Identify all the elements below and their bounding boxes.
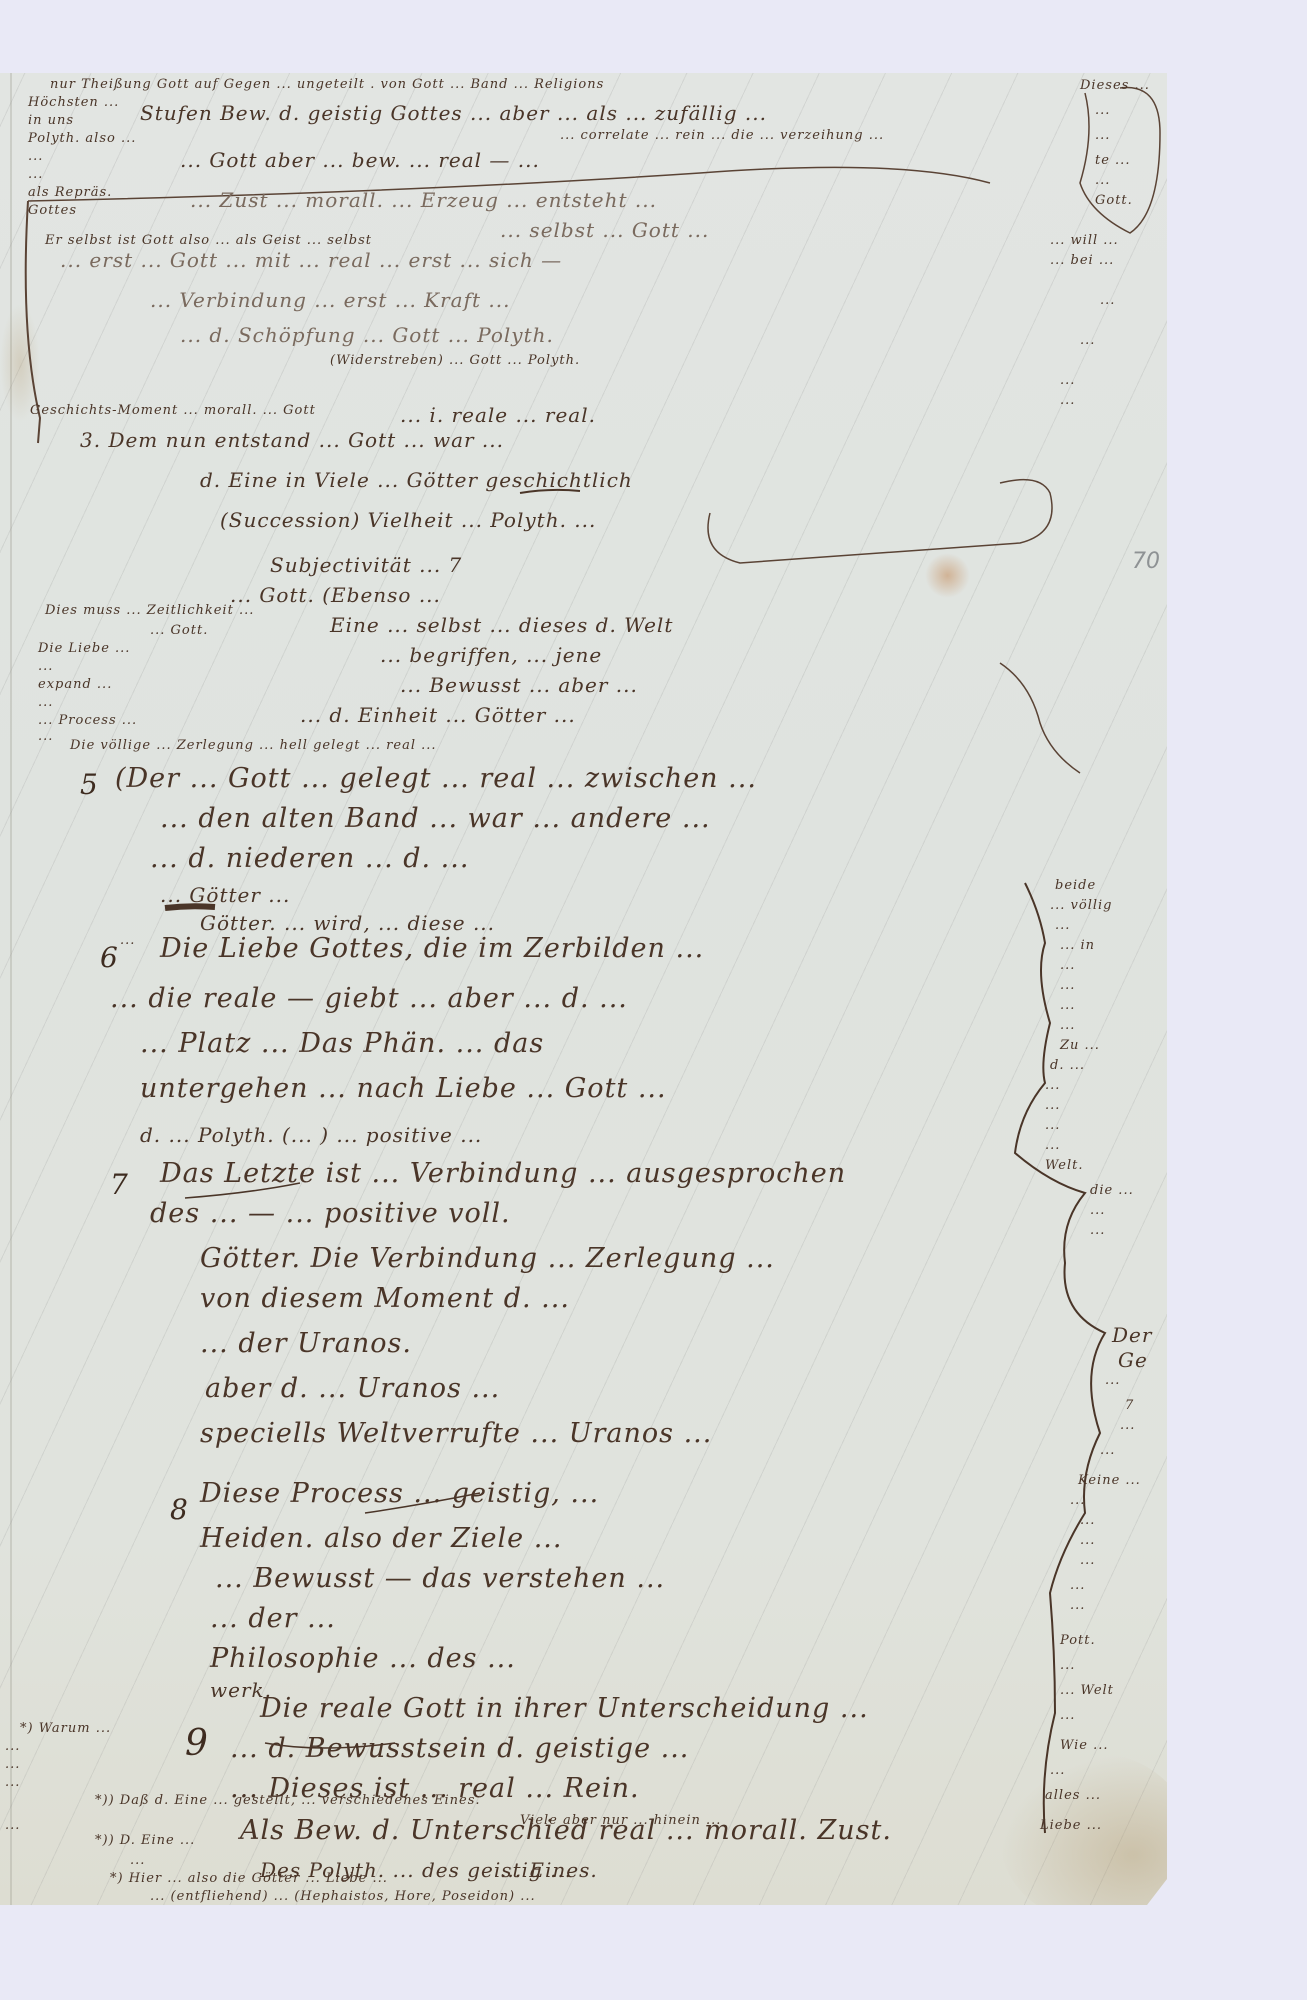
section-number: 9 xyxy=(185,1723,208,1764)
text-line: Götter. ... wird, ... diese ... xyxy=(200,911,495,935)
margin-note: ... xyxy=(1080,1533,1095,1548)
margin-note: ... xyxy=(38,695,53,710)
margin-note: Höchsten ... xyxy=(28,95,119,110)
section-number: 8 xyxy=(170,1493,188,1526)
text-line: ... der ... xyxy=(210,1603,336,1634)
margin-note: ... xyxy=(1070,1578,1085,1593)
margin-note: ... xyxy=(1045,1078,1060,1093)
text-line: Philosophie ... des ... xyxy=(210,1643,516,1674)
text-line: ... Bewusst — das verstehen ... xyxy=(215,1563,665,1594)
margin-note: ... xyxy=(1095,103,1110,118)
margin-note: ... Gott. xyxy=(150,623,208,638)
text-line: ... d. Schöpfung ... Gott ... Polyth. xyxy=(180,323,554,347)
margin-note: ... xyxy=(1060,1708,1075,1723)
text-line: ... erst ... Gott ... mit ... real ... e… xyxy=(60,248,562,272)
footnote-line: *)) Daß d. Eine ... gestellt, ... versch… xyxy=(95,1793,481,1808)
boxed-insert: Er selbst ist Gott also ... als Geist ..… xyxy=(45,233,372,248)
water-stain xyxy=(1000,1753,1190,1923)
margin-note: ... xyxy=(1060,958,1075,973)
text-line: ... der Uranos. xyxy=(200,1328,412,1359)
text-line: Diese Process ... geistig, ... xyxy=(200,1478,599,1509)
margin-note: beide xyxy=(1055,878,1096,893)
margin-note: ... xyxy=(1080,1513,1095,1528)
text-line: ... d. niederen ... d. ... xyxy=(150,843,469,874)
text-line: (Succession) Vielheit ... Polyth. ... xyxy=(220,508,596,532)
text-line: Stufen Bew. d. geistig Gottes ... aber .… xyxy=(140,101,767,125)
text-line: Geschichts-Moment ... morall. ... Gott xyxy=(30,403,316,418)
text-line: aber d. ... Uranos ... xyxy=(205,1373,500,1404)
footnote-line: ... xyxy=(130,1853,145,1868)
margin-note: ... xyxy=(1070,1493,1085,1508)
margin-note: Polyth. also ... xyxy=(28,131,136,146)
margin-note: ... xyxy=(1045,1118,1060,1133)
text-line: ... correlate ... rein ... die ... verze… xyxy=(560,128,884,143)
text-line: Die reale Gott in ihrer Unterscheidung .… xyxy=(260,1693,869,1724)
margin-note: ... Process ... xyxy=(38,713,137,728)
margin-note: ... xyxy=(28,149,43,164)
margin-note: ... xyxy=(1100,1443,1115,1458)
margin-note: ... xyxy=(1080,1553,1095,1568)
section-number: 5 xyxy=(80,768,98,801)
text-line: ... Götter ... xyxy=(160,883,290,907)
footnote-margin: ... xyxy=(5,1757,20,1772)
text-line: nur Theißung Gott auf Gegen ... ungeteil… xyxy=(50,77,604,92)
text-line: ... selbst ... Gott ... xyxy=(500,218,709,242)
margin-note: ... xyxy=(28,167,43,182)
margin-note: Pott. xyxy=(1060,1633,1096,1648)
text-line: Heiden. also der Ziele ... xyxy=(200,1523,562,1554)
margin-note: ... xyxy=(1100,293,1115,308)
margin-note: ... xyxy=(1060,978,1075,993)
footnote-line: *) Hier ... also die Götter ... Liebe ..… xyxy=(110,1871,388,1886)
margin-note: d. ... xyxy=(1050,1058,1085,1073)
text-line: ... Gott aber ... bew. ... real — ... xyxy=(180,148,540,172)
margin-note: ... xyxy=(1060,373,1075,388)
margin-note: Liebe ... xyxy=(1040,1818,1102,1833)
text-line: (Der ... Gott ... gelegt ... real ... zw… xyxy=(115,763,757,794)
text-line: Subjectivität ... 7 xyxy=(270,553,462,577)
text-line: 3. Dem nun entstand ... Gott ... war ... xyxy=(80,428,504,452)
text-line: (Widerstreben) ... Gott ... Polyth. xyxy=(330,353,580,368)
margin-note: ... xyxy=(1060,1018,1075,1033)
footnote-line: ... (entfliehend) ... (Hephaistos, Hore,… xyxy=(150,1889,536,1904)
text-line: Die Liebe Gottes, die im Zerbilden ... xyxy=(160,933,704,964)
text-line: speciells Weltverrufte ... Uranos ... xyxy=(200,1418,712,1449)
margin-note: ... xyxy=(38,659,53,674)
text-line: ... Verbindung ... erst ... Kraft ... xyxy=(150,288,510,312)
margin-note: ... xyxy=(1055,918,1070,933)
margin-note: ... xyxy=(1050,1763,1065,1778)
margin-note: ... xyxy=(1060,1658,1075,1673)
margin-note: als Repräs. xyxy=(28,185,112,200)
margin-note: Keine ... xyxy=(1078,1473,1141,1488)
margin-note: ... xyxy=(1105,1373,1120,1388)
text-line: ... begriffen, ... jene xyxy=(380,643,602,667)
margin-note: in uns xyxy=(28,113,74,128)
margin-note: ... xyxy=(38,729,53,744)
text-line: untergehen ... nach Liebe ... Gott ... xyxy=(140,1073,667,1104)
margin-note: ... xyxy=(1045,1138,1060,1153)
text-line: ... Platz ... Das Phän. ... das xyxy=(140,1028,544,1059)
text-line: ... Eines. xyxy=(500,1858,598,1882)
margin-note: ... in xyxy=(1060,938,1095,953)
text-line: von diesem Moment d. ... xyxy=(200,1283,570,1314)
margin-note: ... Welt xyxy=(1060,1683,1114,1698)
paper-fold-line xyxy=(10,73,12,1905)
margin-note: Welt. xyxy=(1045,1158,1084,1173)
margin-note: die ... xyxy=(1090,1183,1134,1198)
text-line: ... d. Bewusstsein d. geistige ... xyxy=(230,1733,689,1764)
margin-note: Zu ... xyxy=(1060,1038,1100,1053)
margin-note: ... völlig xyxy=(1050,898,1113,913)
margin-note: ... xyxy=(1095,173,1110,188)
margin-note: ... will ... xyxy=(1050,233,1119,248)
margin-note: ... xyxy=(1070,1598,1085,1613)
text-line: ... Gott. (Ebenso ... xyxy=(230,583,441,607)
footnote-line: Viele aber nur ... hinein ... xyxy=(520,1813,721,1828)
text-line: ... d. Einheit ... Götter ... xyxy=(300,703,576,727)
section-number: 6 xyxy=(100,941,118,974)
text-line: Götter. Die Verbindung ... Zerlegung ... xyxy=(200,1243,775,1274)
text-line: Eine ... selbst ... dieses d. Welt xyxy=(330,613,673,637)
footnote-margin: ... xyxy=(5,1775,20,1790)
margin-note: ... xyxy=(1090,1223,1105,1238)
text-line: ... den alten Band ... war ... andere ..… xyxy=(160,803,711,834)
margin-note: expand ... xyxy=(38,677,112,692)
text-line: Das Letzte ist ... Verbindung ... ausges… xyxy=(160,1158,846,1189)
text-line: ... xyxy=(120,933,135,948)
text-line: ... Zust ... morall. ... Erzeug ... ents… xyxy=(190,188,657,212)
text-line: des ... — ... positive voll. xyxy=(150,1198,511,1229)
margin-note: Der xyxy=(1112,1323,1152,1347)
footnote-margin: ... xyxy=(5,1739,20,1754)
margin-note: ... xyxy=(1060,393,1075,408)
margin-note: alles ... xyxy=(1045,1788,1101,1803)
rust-stain xyxy=(925,553,970,598)
margin-note: Wie ... xyxy=(1060,1738,1109,1753)
text-line: ... die reale — giebt ... aber ... d. ..… xyxy=(110,983,628,1014)
text-line: d. Eine in Viele ... Götter geschichtlic… xyxy=(200,468,633,492)
footnote-line: *)) D. Eine ... xyxy=(95,1833,195,1848)
margin-note: Gott. xyxy=(1095,193,1133,208)
margin-note: ... xyxy=(1095,128,1110,143)
margin-note: Ge xyxy=(1118,1348,1148,1372)
footnote-margin: *) Warum ... xyxy=(20,1721,111,1736)
margin-note: Dieses ... xyxy=(1080,78,1150,93)
page-number: 70 xyxy=(1132,549,1160,574)
text-line: ... i. reale ... real. xyxy=(400,403,596,427)
margin-note: ... xyxy=(1090,1203,1105,1218)
text-line: Die völlige ... Zerlegung ... hell geleg… xyxy=(70,738,437,753)
margin-note: te ... xyxy=(1095,153,1130,168)
section-number: 7 xyxy=(110,1168,128,1201)
margin-note: ... xyxy=(1080,333,1095,348)
margin-note: ... xyxy=(1120,1418,1135,1433)
manuscript-sheet: 70 nur Theißung Gott auf Gegen ... unget… xyxy=(0,73,1167,1905)
text-line: ... Bewusst ... aber ... xyxy=(400,673,638,697)
margin-note: 7 xyxy=(1125,1398,1134,1413)
margin-note: ... xyxy=(1045,1098,1060,1113)
margin-note: ... bei ... xyxy=(1050,253,1114,268)
footnote-margin: ... xyxy=(5,1818,20,1833)
margin-note: Gottes xyxy=(28,203,77,218)
margin-note: ... xyxy=(1060,998,1075,1013)
text-line: d. ... Polyth. (... ) ... positive ... xyxy=(140,1123,482,1147)
margin-note: Die Liebe ... xyxy=(38,641,130,656)
margin-note: Dies muss ... Zeitlichkeit ... xyxy=(45,603,254,618)
